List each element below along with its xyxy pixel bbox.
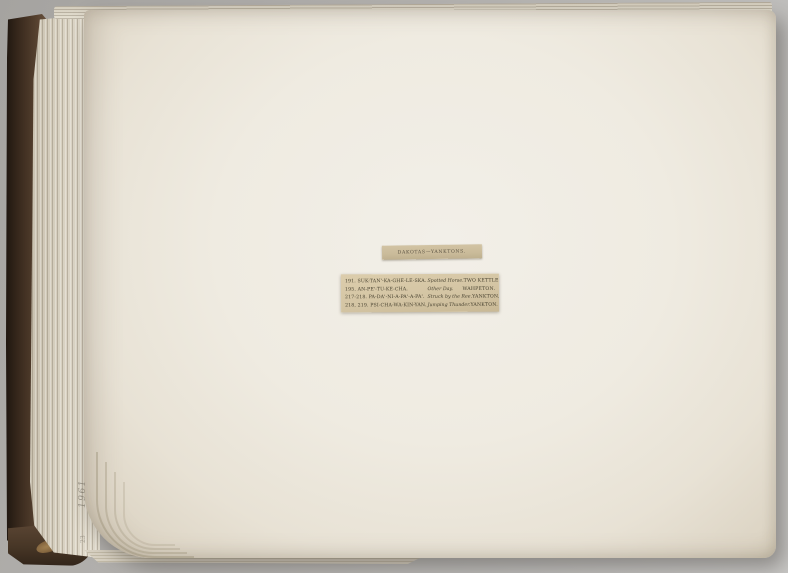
header-label-strip: DAKOTAS—YANKTONS. <box>382 244 482 260</box>
entry-native-name: PA-DA'-NI-A-PA'-A-PA'. <box>369 294 425 300</box>
entry-number-name: 218, 219. PSI-CHA-WA-KIN-YAN. <box>345 301 428 309</box>
entry-number: 195. <box>345 286 356 292</box>
entry-number: 218, 219. <box>345 302 369 308</box>
entry-native-name: AN-PE'-TU-KE-CHA. <box>358 286 408 292</box>
entry-translation: Spotted Horse. <box>427 277 463 285</box>
entry-translation: Jumping Thunder. <box>428 301 471 309</box>
caption-label-rows: 191. SUK-TAN'-KA-GHE-LE-SKA. Spotted Hor… <box>345 277 495 311</box>
entry-number: 217-218. <box>345 294 367 300</box>
entry-tribe: YANKTON. <box>472 293 499 301</box>
caption-label: 191. SUK-TAN'-KA-GHE-LE-SKA. Spotted Hor… <box>341 274 499 313</box>
entry-translation: Struck by the Ree. <box>428 293 473 301</box>
entry-tribe: TWO KETTLE. <box>464 277 499 285</box>
album-photo: 1961 23 DAKOTAS—YANKTONS. 191. SUK-TAN'-… <box>0 0 788 573</box>
header-label-text: DAKOTAS—YANKTONS. <box>398 249 466 255</box>
entry-native-name: PSI-CHA-WA-KIN-YAN. <box>370 302 426 308</box>
corner-pencil-mark: 23 <box>80 535 87 543</box>
caption-entry: 218, 219. PSI-CHA-WA-KIN-YAN. Jumping Th… <box>345 301 495 310</box>
entry-tribe: WAHPETON. <box>462 285 495 293</box>
entry-native-name: SUK-TAN'-KA-GHE-LE-SKA. <box>358 278 427 284</box>
entry-translation: Other Day. <box>427 285 462 293</box>
pencil-annotation: 1961 <box>78 479 88 508</box>
entry-number: 191. <box>345 278 356 284</box>
entry-tribe: YANKTON. <box>470 301 498 309</box>
